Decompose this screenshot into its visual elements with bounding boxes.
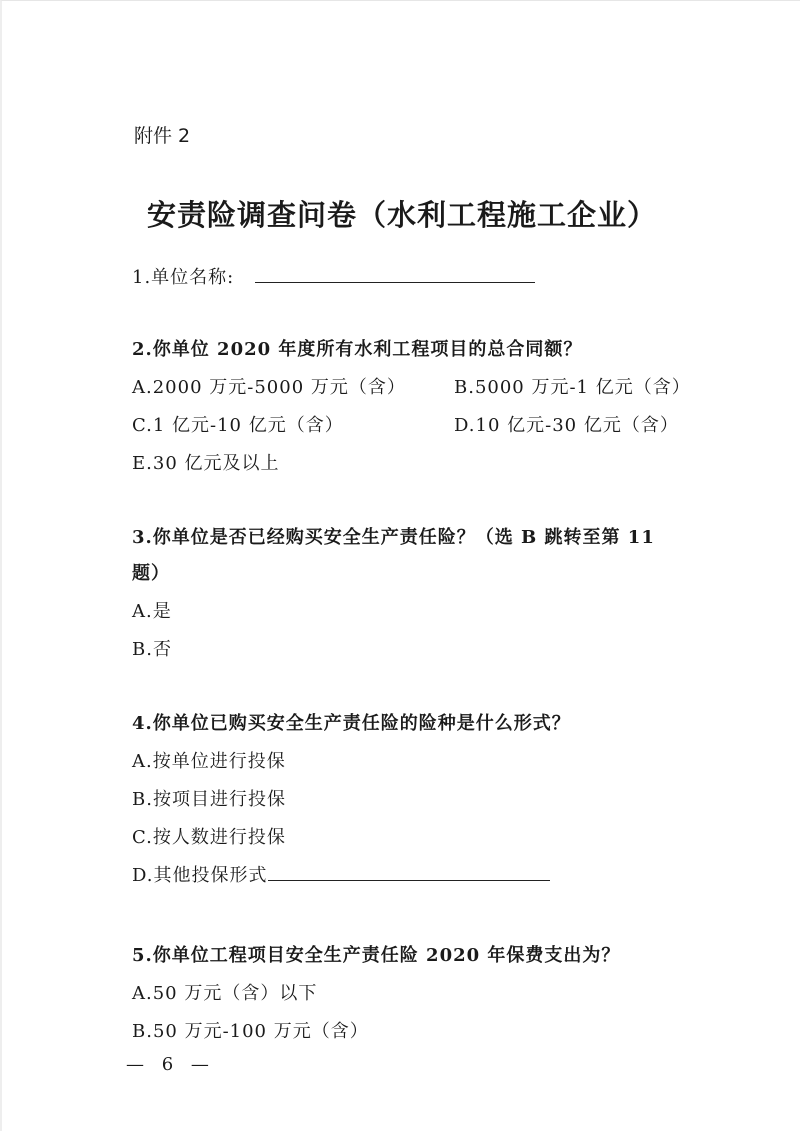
question-1: 1.单位名称: — [132, 263, 535, 289]
q3-option-a[interactable]: A.是 — [132, 597, 172, 623]
unit-name-blank[interactable] — [255, 266, 535, 283]
question-3-text-cont: 题） — [132, 559, 170, 585]
q2-option-e[interactable]: E.30 亿元及以上 — [132, 449, 280, 475]
q4-option-b[interactable]: B.按项目进行投保 — [132, 785, 286, 811]
question-3-text: 3.你单位是否已经购买安全生产责任险？（选 B 跳转至第 11 — [132, 523, 655, 549]
q2-option-a[interactable]: A.2000 万元-5000 万元（含） — [132, 373, 406, 399]
document-title: 安责险调查问卷（水利工程施工企业） — [2, 193, 800, 234]
attachment-label: 附件 2 — [134, 121, 190, 148]
q4-option-c[interactable]: C.按人数进行投保 — [132, 823, 286, 849]
question-4-text: 4.你单位已购买安全生产责任险的险种是什么形式？ — [132, 709, 571, 735]
q5-option-b[interactable]: B.50 万元-100 万元（含） — [132, 1017, 369, 1043]
q2-option-b[interactable]: B.5000 万元-1 亿元（含） — [454, 373, 691, 399]
other-form-blank[interactable] — [268, 864, 550, 881]
question-2-text: 2.你单位 2020 年度所有水利工程项目的总合同额？ — [132, 335, 582, 361]
q4-option-d[interactable]: D.其他投保形式 — [132, 861, 550, 887]
question-5-text: 5.你单位工程项目安全生产责任险 2020 年保费支出为？ — [132, 941, 620, 967]
q2-option-d[interactable]: D.10 亿元-30 亿元（含） — [454, 411, 679, 437]
q4-option-a[interactable]: A.按单位进行投保 — [132, 747, 286, 773]
q4-option-d-label: D.其他投保形式 — [132, 865, 268, 886]
q3-option-b[interactable]: B.否 — [132, 635, 172, 661]
q5-option-a[interactable]: A.50 万元（含）以下 — [132, 979, 317, 1005]
document-page: 附件 2 安责险调查问卷（水利工程施工企业） 1.单位名称: 2.你单位 202… — [0, 0, 800, 1131]
page-number: — 6 — — [126, 1054, 215, 1075]
question-1-text: 1.单位名称: — [132, 267, 234, 288]
q2-option-c[interactable]: C.1 亿元-10 亿元（含） — [132, 411, 344, 437]
